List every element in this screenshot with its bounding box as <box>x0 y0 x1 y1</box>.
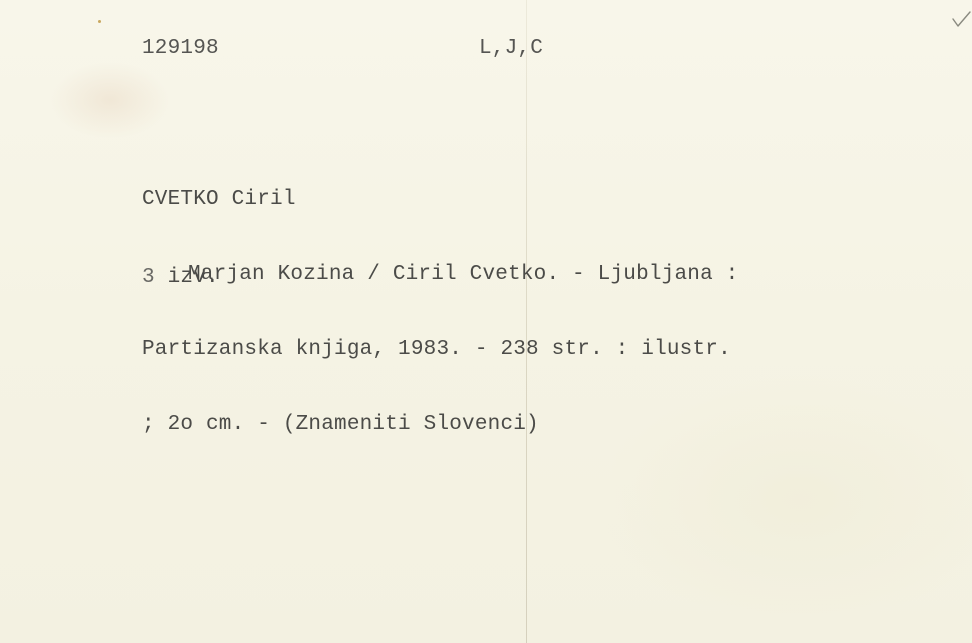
check-mark-icon <box>951 10 971 30</box>
series-statement: ; 2o cm. - (Znameniti Slovenci) <box>142 412 739 437</box>
copies-note: 3 izv. <box>142 265 219 290</box>
location-codes: L,J,C <box>479 36 543 61</box>
copies-label: izv. <box>168 266 219 289</box>
catalog-card: 129198 L,J,C CVETKO Ciril Marjan Kozina … <box>0 0 972 643</box>
accession-number: 129198 <box>142 36 219 61</box>
copies-count: 3 <box>142 266 155 289</box>
author-heading: CVETKO Ciril <box>142 187 739 212</box>
bibliographic-entry: CVETKO Ciril Marjan Kozina / Ciril Cvetk… <box>142 137 739 487</box>
publication-statement: Partizanska knjiga, 1983. - 238 str. : i… <box>142 337 739 362</box>
paper-speck <box>98 20 101 23</box>
title-statement: Marjan Kozina / Ciril Cvetko. - Ljubljan… <box>142 262 739 287</box>
